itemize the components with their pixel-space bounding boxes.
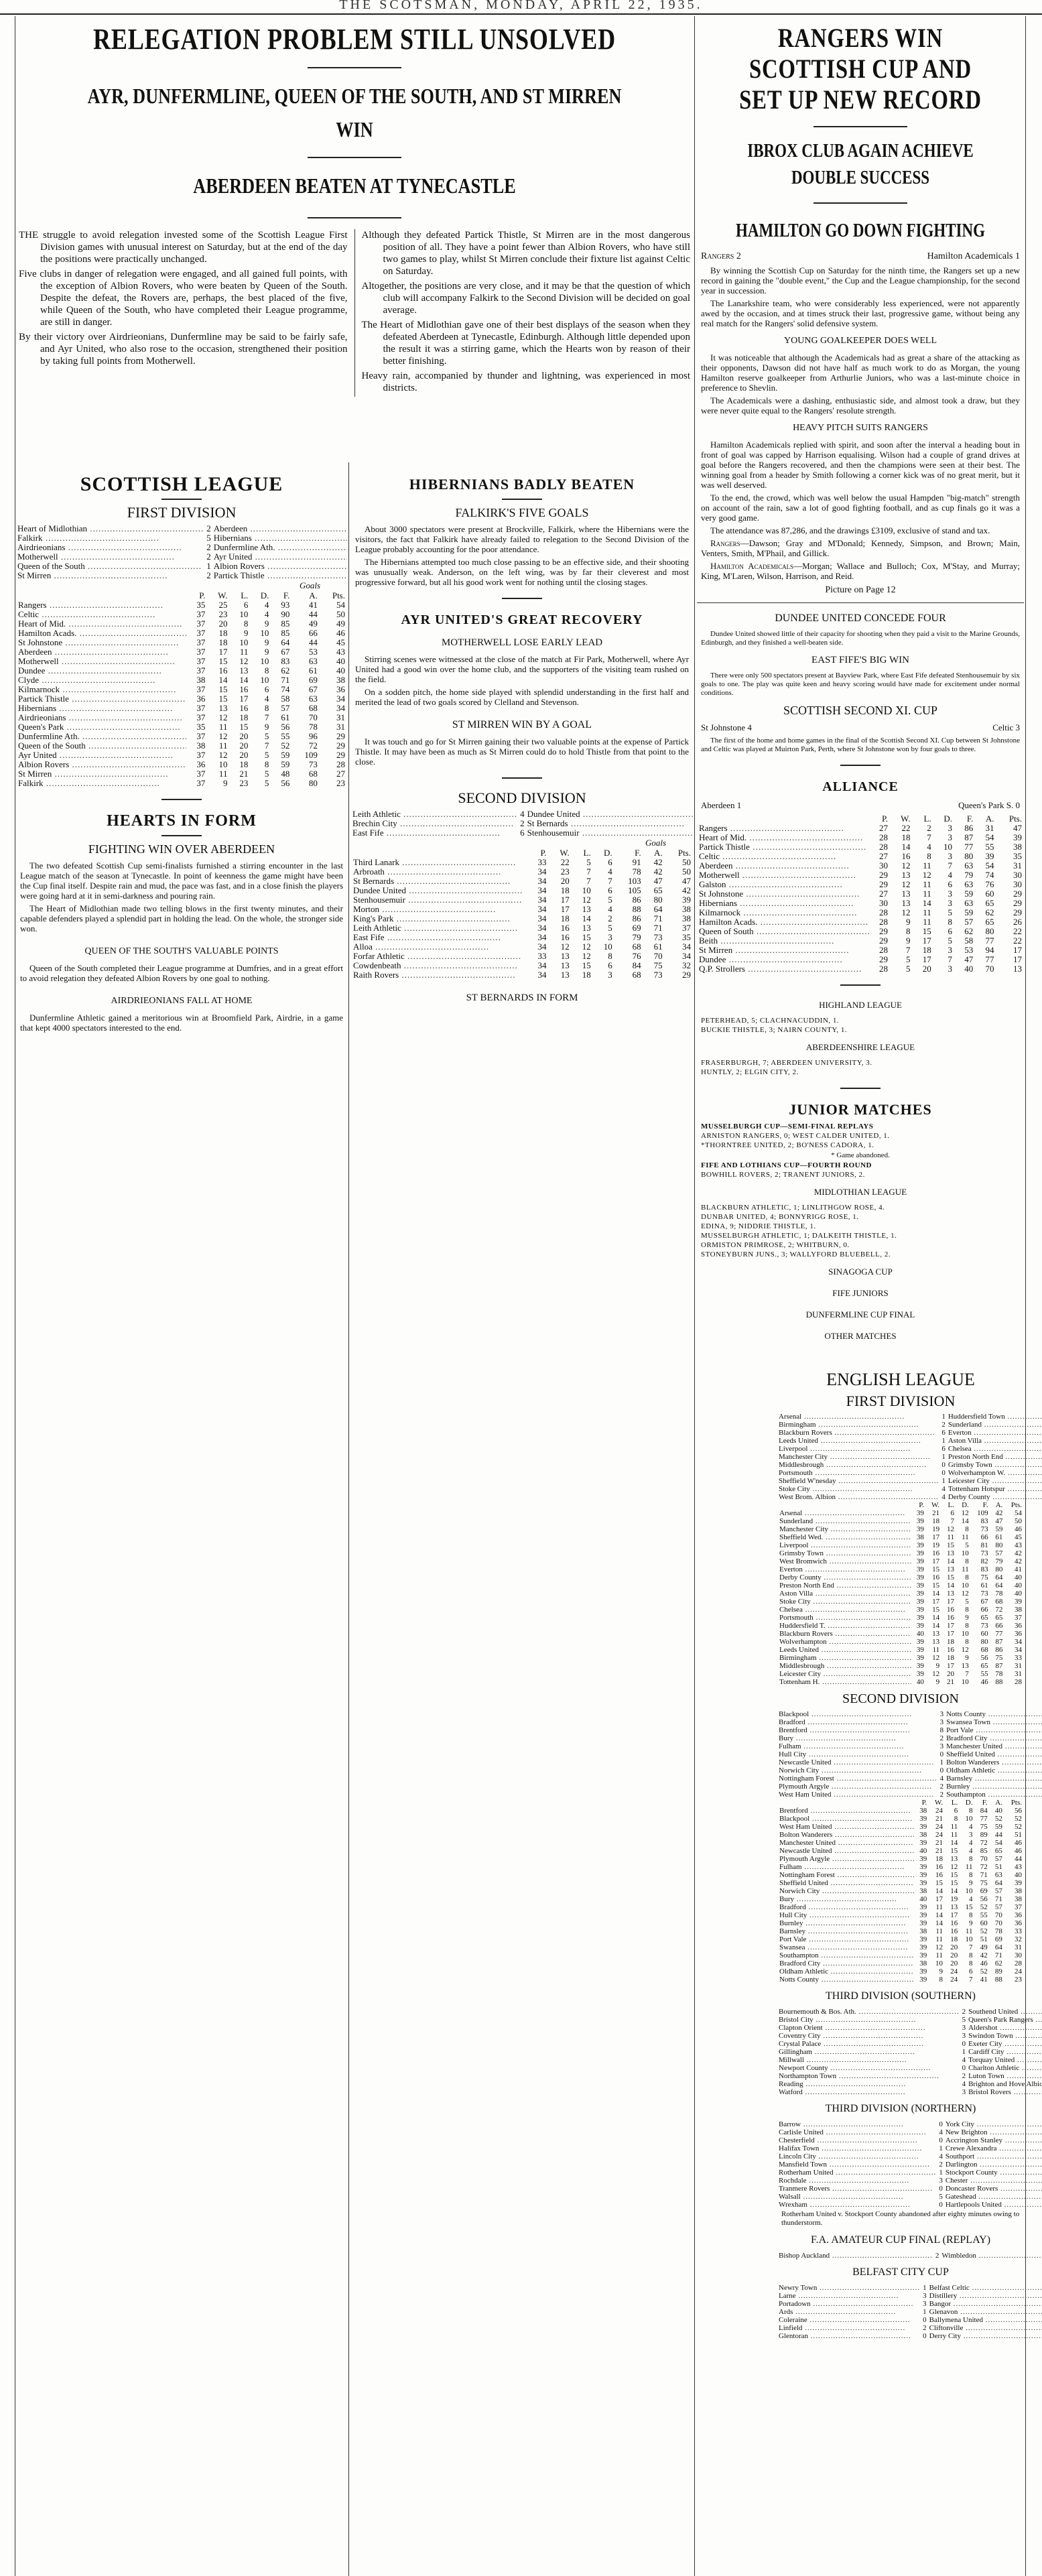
result-row: Fulham3Manchester United1 xyxy=(777,1742,1042,1750)
table-row: Manchester City3919128735946 xyxy=(777,1525,1024,1533)
divider xyxy=(161,799,202,800)
hearts-title: Hearts in Form xyxy=(16,811,347,831)
eastfife-body: There were only 500 spectators present a… xyxy=(701,671,1020,698)
table-row: Sheffield United3915159756439 xyxy=(777,1879,1024,1887)
young-goalkeeper-title: Young Goalkeeper Does Well xyxy=(701,332,1020,350)
table-row: St Bernards3420771034747 xyxy=(351,877,693,886)
divider xyxy=(502,777,542,779)
result-row: Blackpool3Notts County1 xyxy=(777,1710,1042,1718)
column-rule xyxy=(348,462,349,2576)
table-row: Stenhousemuir3417125868039 xyxy=(351,895,693,905)
table-row: Hull City3914178557036 xyxy=(777,1911,1024,1919)
second-xi-body: The first of the home and home games in … xyxy=(701,736,1020,754)
stmirren-body: It was touch and go for St Mirren gainin… xyxy=(355,736,689,767)
result-row: Brentford8Port Vale0 xyxy=(777,1726,1042,1734)
table-row: Fulham39161211725143 xyxy=(777,1863,1024,1871)
result-row: Arsenal1Huddersfield Town0 xyxy=(777,1413,1042,1421)
table-row: Brentford382468844056 xyxy=(777,1807,1024,1815)
table-row: Arsenal39216121094254 xyxy=(777,1509,1024,1517)
table-row: Chelsea3915168667238 xyxy=(777,1606,1024,1614)
table-row: Forfar Athletic3313128767034 xyxy=(351,952,693,961)
table-row: Queen of South298156628022 xyxy=(697,927,1024,936)
table-row: Oldham Athletic399246528924 xyxy=(777,1968,1024,1976)
result-row: Motherwell2Ayr United3 xyxy=(16,552,347,562)
league-title: Midlothian League xyxy=(697,1183,1024,1201)
table-row: Notts County398247418823 xyxy=(777,1976,1024,1984)
table-row: Swansea3912207496431 xyxy=(777,1943,1024,1951)
table-row: Q.P. Strollers285203407013 xyxy=(697,964,1024,974)
divider xyxy=(161,835,202,836)
paragraph: By winning the Scottish Cup on Saturday … xyxy=(701,265,1020,296)
relegation-lead: THE struggle to avoid relegation investe… xyxy=(16,229,350,397)
table-row: Clyde38141410716938 xyxy=(16,675,347,685)
table-row: Kilmarnock3715166746736 xyxy=(16,685,347,694)
masthead: THE SCOTSMAN, MONDAY, APRIL 22, 1935. xyxy=(0,0,1042,15)
dundee-body: Dundee United showed little of their cap… xyxy=(701,630,1020,647)
table-row: Raith Rovers3413183687329 xyxy=(351,970,693,980)
rangers-subhead: Ibrox Club Again Achieve Double Success xyxy=(726,138,994,192)
rangers-subhead-2: Hamilton Go Down Fighting xyxy=(726,214,994,248)
table-row: Celtic271683803935 xyxy=(697,852,1024,861)
stbernards-title: St Bernards in Form xyxy=(351,989,693,1007)
paragraph: Hamilton Academicals replied with spirit… xyxy=(701,440,1020,490)
league-title: Fife Juniors xyxy=(697,1285,1024,1302)
result-row: Manchester City1Preston North End2 xyxy=(777,1453,1042,1461)
section-title: F.A. Amateur Cup Final (Replay) xyxy=(777,2232,1024,2249)
result-row: Gillingham1Cardiff City0 xyxy=(777,2048,1042,2056)
table-row: Tottenham H.4092110468828 xyxy=(777,1678,1024,1686)
result-row: Hull City0Sheffield United3 xyxy=(777,1750,1042,1758)
divider xyxy=(161,499,202,500)
result-row: Glentoran0Derry City3 xyxy=(777,2332,1042,2340)
paragraph: About 3000 spectators were present at Br… xyxy=(355,524,689,554)
result-line: Dunbar United, 4; Bonnyrigg Rose, 1. xyxy=(701,1213,1020,1222)
stmirren-title: St Mirren Win by a Goal xyxy=(351,716,693,734)
divider xyxy=(502,499,542,500)
divider xyxy=(308,157,401,158)
scottish-league-title: Scottish League xyxy=(16,474,347,495)
table-row: Hamilton Acads.3718910856646 xyxy=(16,629,347,638)
result-row: Coleraine0Ballymena United1 xyxy=(777,2316,1042,2324)
table-row: St Johnstone3718109644445 xyxy=(16,638,347,647)
divider xyxy=(813,202,907,204)
table-row: Celtic3723104904450 xyxy=(16,610,347,619)
result-row: Reading4Brighton and Hove Albion4 xyxy=(777,2080,1042,2088)
goals-header: Goals xyxy=(351,838,693,848)
away-team: Hamilton Academicals xyxy=(927,251,1013,261)
junior-title: Junior Matches xyxy=(697,1100,1024,1120)
relegation-subhead-2: Aberdeen Beaten at Tynecastle xyxy=(77,169,632,202)
paragraph: On a sodden pitch, the home side played … xyxy=(355,687,689,707)
lead-para: By their victory over Airdrieonians, Dun… xyxy=(19,331,348,367)
result-row: Bradford3Swansea Town1 xyxy=(777,1718,1042,1726)
table-row: Falkirk379235568023 xyxy=(16,779,347,788)
paragraph: Dunfermline Athletic gained a meritoriou… xyxy=(20,1013,343,1033)
result-row: Middlesbrough0Grimsby Town2 xyxy=(777,1461,1042,1469)
away-goals: 1 xyxy=(1015,251,1020,261)
result-row: Bury2Bradford City1 xyxy=(777,1734,1042,1742)
alliance-title: Alliance xyxy=(697,777,1024,797)
result-line: *Thorntree United, 2; Bo'ness Cadora, 1. xyxy=(701,1141,1020,1150)
paragraph: The Hibernians attempted too much close … xyxy=(355,557,689,587)
rangers-lineup: Rangers—Dawson; Gray and M'Donald; Kenne… xyxy=(701,538,1020,558)
lead-para: Although they defeated Partick Thistle, … xyxy=(362,229,691,277)
result-row: Stoke City4Tottenham Hotspur1 xyxy=(777,1485,1042,1493)
rangers-headline: Rangers Win Scottish Cup and Set Up New … xyxy=(726,23,994,115)
result-row: Leeds United1Aston Villa1 xyxy=(777,1437,1042,1445)
table-row: Manchester United3921144725446 xyxy=(777,1839,1024,1847)
paragraph: It was touch and go for St Mirren gainin… xyxy=(355,736,689,767)
divider xyxy=(697,602,1024,603)
result-line: Edina, 9; Niddrie Thistle, 1. xyxy=(701,1222,1020,1231)
result-row: Heart of Midlothian2Aberdeen1 xyxy=(16,524,347,533)
qos-title: Queen of the South's Valuable Points xyxy=(16,943,347,960)
table-row: Southampton3911208427130 xyxy=(777,1951,1024,1959)
goals-header: Goals xyxy=(16,580,347,591)
result-line: Huntly, 2; Elgin City, 2. xyxy=(701,1068,1020,1077)
divider xyxy=(502,598,542,599)
result-row: Ards1Glenavon0 xyxy=(777,2308,1042,2316)
table-row: Nottingham Forest3916158716340 xyxy=(777,1871,1024,1879)
result-row: Falkirk5Hibernians2 xyxy=(16,533,347,543)
table-row: Aberdeen3012117635431 xyxy=(697,861,1024,871)
dundee-title: Dundee United Concede Four xyxy=(697,610,1024,627)
hibs-body: About 3000 spectators were present at Br… xyxy=(355,524,689,587)
table-row: Everton39151311838041 xyxy=(777,1565,1024,1573)
lead-para: Five clubs in danger of relegation were … xyxy=(19,268,348,328)
result-row: East Fife6Stenhousemuir1 xyxy=(351,828,693,838)
heavy-pitch-title: Heavy Pitch Suits Rangers xyxy=(701,420,1020,437)
table-row: Bradford City3810208466228 xyxy=(777,1959,1024,1968)
table-row: Grimsby Town39161310735742 xyxy=(777,1549,1024,1557)
result-row: Blackburn Rovers6Everton2 xyxy=(777,1429,1042,1437)
relegation-story: Relegation Problem Still Unsolved Ayr, D… xyxy=(16,16,693,458)
result-row: Halifax Town1Crewe Alexandra0 xyxy=(777,2144,1042,2152)
table-row: Wolverhampton3913188808734 xyxy=(777,1638,1024,1646)
table-row: Dundee295177477717 xyxy=(697,955,1024,964)
note: Rotherham United v. Stockport County aba… xyxy=(781,2210,1020,2228)
divider xyxy=(813,126,907,127)
table-row: Middlesbrough3991713658731 xyxy=(777,1662,1024,1670)
table-row: Blackburn Rovers40131710607736 xyxy=(777,1630,1024,1638)
picture-reference: Picture on Page 12 xyxy=(697,585,1024,596)
paragraph: The Lanarkshire team, who were considera… xyxy=(701,298,1020,328)
table-row: Leicester City3912207557831 xyxy=(777,1670,1024,1678)
scottish-results: Heart of Midlothian2Aberdeen1Falkirk5Hib… xyxy=(16,524,347,580)
table-row: Alloa34121210686134 xyxy=(351,942,693,952)
scottish-second-table: P.W.L.D.F.A.Pts.Third Lanark332256914250… xyxy=(351,848,693,980)
table-row: Rangers352564934154 xyxy=(16,600,347,610)
table-row: King's Park3418142867138 xyxy=(351,914,693,923)
airdrie-body: Dunfermline Athletic gained a meritoriou… xyxy=(20,1013,343,1033)
lead-para: Heavy rain, accompanied by thunder and l… xyxy=(362,370,691,394)
result-line: Buckie Thistle, 3; Nairn County, 1. xyxy=(701,1026,1020,1035)
result-row: Norwich City0Oldham Athletic0 xyxy=(777,1766,1042,1775)
paragraph: Stirring scenes were witnessed at the cl… xyxy=(355,654,689,684)
paragraph: Dundee United showed little of their cap… xyxy=(701,630,1020,647)
divider xyxy=(840,1088,881,1089)
home-team: Rangers xyxy=(701,251,734,261)
table-row: St Johnstone2713113596029 xyxy=(697,889,1024,899)
table-row: Beith299175587722 xyxy=(697,936,1024,946)
table-row: Third Lanark332256914250 xyxy=(351,858,693,867)
result-row: Airdrieonians2Dunfermline Ath.3 xyxy=(16,543,347,552)
relegation-lead-right: Although they defeated Partick Thistle, … xyxy=(354,229,694,397)
paragraph: The Academicals were a dashing, enthusia… xyxy=(701,395,1020,415)
column-rule xyxy=(15,16,15,2576)
table-row: Norwich City38141410695738 xyxy=(777,1887,1024,1895)
table-row: Blackpool3921810775252 xyxy=(777,1815,1024,1823)
league-title: Sinagoga Cup xyxy=(697,1263,1024,1281)
table-row: Hamilton Acads.289118576526 xyxy=(697,917,1024,927)
ayr-subtitle: Motherwell Lose Early Lead xyxy=(351,634,693,651)
relegation-headline: Relegation Problem Still Unsolved xyxy=(77,23,632,56)
result-row: St Mirren2Partick Thistle1 xyxy=(16,571,347,580)
table-row: Sunderland3918714834750 xyxy=(777,1517,1024,1525)
section-title: Belfast City Cup xyxy=(777,2264,1024,2281)
scottish-second-results: Leith Athletic4Dundee United0Brechin Cit… xyxy=(351,810,693,838)
home-goals: 2 xyxy=(736,251,741,261)
ayr-body: Stirring scenes were witnessed at the cl… xyxy=(355,654,689,707)
column-2: Hibernians Badly Beaten Falkirk's Five G… xyxy=(351,469,693,2576)
result-row: Larne3Distillery0 xyxy=(777,2292,1042,2300)
result-row: Tranmere Rovers0Doncaster Rovers2 xyxy=(777,2185,1042,2193)
paragraph: To the end, the crowd, which was well be… xyxy=(701,493,1020,523)
table-row: Cowdenbeath3413156847532 xyxy=(351,961,693,970)
final-score: Rangers 2 Hamilton Academicals 1 xyxy=(701,251,1020,263)
result-row: Nottingham Forest4Barnsley1 xyxy=(777,1775,1042,1783)
paragraph: Queen of the South completed their Leagu… xyxy=(20,963,343,983)
league-title: Dunfermline Cup Final xyxy=(697,1306,1024,1324)
table-row: Motherwell2913124797430 xyxy=(697,871,1024,880)
result-row: Carlisle United4New Brighton1 xyxy=(777,2128,1042,2136)
table-row: Rangers272223863147 xyxy=(697,824,1024,833)
table-row: Stoke City3917175676839 xyxy=(777,1598,1024,1606)
table-row: Queen's Park3511159567831 xyxy=(16,722,347,732)
result-row: Newcastle United1Bolton Wanderers3 xyxy=(777,1758,1042,1766)
divider xyxy=(840,765,881,766)
result-row: Northampton Town2Luton Town1 xyxy=(777,2072,1042,2080)
table-row: Liverpool3919155818043 xyxy=(777,1541,1024,1549)
table-row: Preston North End39151410616440 xyxy=(777,1582,1024,1590)
table-row: Partick Thistle3615174586334 xyxy=(16,694,347,704)
result-row: Rotherham United1Stockport County0 xyxy=(777,2169,1042,2177)
result-row: Watford3Bristol Rovers0 xyxy=(777,2088,1042,2096)
table-row: Arbroath342374784250 xyxy=(351,867,693,877)
result-row: Rochdale3Chester3 xyxy=(777,2177,1042,2185)
table-row: Barnsley38111611527833 xyxy=(777,1927,1024,1935)
highland-title: Highland League xyxy=(697,996,1024,1014)
result-row: Portsmouth0Wolverhampton W.1 xyxy=(777,1469,1042,1477)
table-row: Birmingham3912189567533 xyxy=(777,1654,1024,1662)
result-row: Birmingham2Sunderland2 xyxy=(777,1421,1042,1429)
paragraph: The two defeated Scottish Cup semi-final… xyxy=(20,860,343,901)
table-row: Leith Athletic3416135697137 xyxy=(351,923,693,933)
table-row: Huddersfield T.3914178736636 xyxy=(777,1622,1024,1630)
result-row: Coventry City3Swindon Town0 xyxy=(777,2032,1042,2040)
aberdeenshire-title: Aberdeenshire League xyxy=(697,1039,1024,1056)
table-row: Kilmarnock2812115596229 xyxy=(697,908,1024,917)
result-row: Wrexham0Hartlepools United2 xyxy=(777,2201,1042,2209)
result-row: Liverpool6Chelsea0 xyxy=(777,1445,1042,1453)
table-row: Newcastle United4021154856546 xyxy=(777,1847,1024,1855)
table-row: Hibernians3013143636529 xyxy=(697,899,1024,908)
divider xyxy=(308,67,401,68)
result-line: Ormiston Primrose, 2; Whitburn, 0. xyxy=(701,1241,1020,1250)
table-row: Airdrieonians3712187617031 xyxy=(16,713,347,722)
table-row: Aberdeen3717119675343 xyxy=(16,647,347,657)
result-row: Clapton Orient3Aldershot1 xyxy=(777,2024,1042,2032)
table-row: Hibernians3713168576834 xyxy=(16,704,347,713)
result-row: Bristol City5Queen's Park Rangers1 xyxy=(777,2016,1042,2024)
result-row: Walsall5Gateshead0 xyxy=(777,2193,1042,2201)
result-row: Mansfield Town2Darlington2 xyxy=(777,2161,1042,2169)
result-line: Blackburn Athletic, 1; Linlithgow Rose, … xyxy=(701,1204,1020,1212)
table-row: Galston2912116637630 xyxy=(697,880,1024,889)
hibs-title: Hibernians Badly Beaten xyxy=(351,474,693,495)
table-row: Portsmouth3914169656537 xyxy=(777,1614,1024,1622)
divider xyxy=(308,217,401,218)
hibs-subtitle: Falkirk's Five Goals xyxy=(351,504,693,521)
column-rule xyxy=(694,16,695,2576)
table-row: Heart of Mid.281873875439 xyxy=(697,833,1024,842)
result-row: Barrow0York City3 xyxy=(777,2120,1042,2128)
result-row: Queen of the South1Albion Rovers0 xyxy=(16,562,347,571)
section-title: English League xyxy=(777,1371,1024,1389)
table-row: St Mirren287183539417 xyxy=(697,946,1024,955)
table-row: Leeds United39111612688634 xyxy=(777,1646,1024,1654)
scottish-league-table: P.W.L.D.F.A.Pts.Rangers352564934154Celti… xyxy=(16,591,347,788)
lead-para: Altogether, the positions are very close… xyxy=(362,280,691,316)
midlothian-results: Blackburn Athletic, 1; Linlithgow Rose, … xyxy=(697,1204,1024,1259)
eastfife-title: East Fife's Big Win xyxy=(697,651,1024,669)
lead-para: THE struggle to avoid relegation investe… xyxy=(19,229,348,265)
result-line: Peterhead, 5; Clachnacuddin, 1. xyxy=(701,1017,1020,1025)
table-row: Port Vale39111810516932 xyxy=(777,1935,1024,1943)
alliance-result: Aberdeen 1 Queen's Park S. 0 xyxy=(701,799,1020,812)
result-row: Portadown3Bangor1 xyxy=(777,2300,1042,2308)
table-row: West Bromwich3917148827942 xyxy=(777,1557,1024,1565)
result-row: Chesterfield0Accrington Stanley0 xyxy=(777,2136,1042,2144)
section-title: Second Division xyxy=(777,1690,1024,1708)
paragraph: The attendance was 87,286, and the drawi… xyxy=(701,525,1020,535)
result-row: Millwall4Torquay United2 xyxy=(777,2056,1042,2064)
table-row: Plymouth Argyle3918138705744 xyxy=(777,1855,1024,1863)
table-row: Bolton Wanderers3824113894451 xyxy=(777,1831,1024,1839)
section-title: Third Division (Northern) xyxy=(777,2100,1024,2118)
result-row: Bournemouth & Bos. Ath.2Southend United1 xyxy=(777,2008,1042,2016)
paragraph: There were only 500 spectators present a… xyxy=(701,671,1020,698)
result-line: Musselburgh Athletic, 1; Dalkeith Thistl… xyxy=(701,1232,1020,1240)
result-row: Leith Athletic4Dundee United0 xyxy=(351,810,693,819)
result-row: Linfield2Cliftonville2 xyxy=(777,2324,1042,2332)
result-row: West Ham United2Southampton1 xyxy=(777,1791,1042,1799)
cup-title: Musselburgh Cup—Semi-Final Replays xyxy=(701,1122,1020,1131)
table-row: Albion Rovers3610188597328 xyxy=(16,760,347,769)
section-title: Third Division (Southern) xyxy=(777,1988,1024,2005)
paragraph: The Heart of Midlothian made two telling… xyxy=(20,903,343,933)
table-row: Derby County3916158756440 xyxy=(777,1573,1024,1582)
league-title: Other Matches xyxy=(697,1328,1024,1345)
section-title: First Division xyxy=(777,1393,1024,1410)
ayr-title: Ayr United's Great Recovery xyxy=(351,610,693,630)
paragraph: The first of the home and home games in … xyxy=(701,736,1020,754)
english-league-section: English LeagueFirst DivisionArsenal1Hudd… xyxy=(777,1367,1024,2340)
table-row: West Ham United3924114755952 xyxy=(777,1823,1024,1831)
result-row: Brechin City2St Bernards3 xyxy=(351,819,693,828)
table-row: Motherwell37151210836340 xyxy=(16,657,347,666)
result-row: Newport County0Charlton Athletic2 xyxy=(777,2064,1042,2072)
result-row: Lincoln City4Southport1 xyxy=(777,2152,1042,2161)
table-row: Heart of Mid.372089854949 xyxy=(16,619,347,629)
table-row: East Fife3416153797335 xyxy=(351,933,693,942)
table-row: Ayr United37122055910929 xyxy=(16,751,347,760)
second-xi-title: Scottish Second XI. Cup xyxy=(697,702,1024,719)
table-row: Bradford39111315525737 xyxy=(777,1903,1024,1911)
table-row: Dundee3716138626140 xyxy=(16,666,347,675)
paragraph: It was noticeable that although the Acad… xyxy=(701,352,1020,393)
cup-title: Fife and Lothians Cup—Fourth Round xyxy=(701,1161,1020,1170)
result-row: Newry Town1Belfast Celtic2 xyxy=(777,2284,1042,2292)
table-row: Aston Villa39141312737840 xyxy=(777,1590,1024,1598)
table-row: Queen of the South3811207527229 xyxy=(16,741,347,751)
result-row: Plymouth Argyle2Burnley2 xyxy=(777,1783,1042,1791)
result-row: Bishop Auckland2Wimbledon1 xyxy=(777,2252,1042,2260)
qos-body: Queen of the South completed their Leagu… xyxy=(20,963,343,983)
first-division-title: First Division xyxy=(16,504,347,521)
note: * Game abandoned. xyxy=(701,1151,1020,1160)
result-line: Fraserburgh, 7; Aberdeen University, 3. xyxy=(701,1059,1020,1068)
alliance-table: P.W.L.D.F.A.Pts.Rangers272223863147Heart… xyxy=(697,814,1024,974)
table-row: Bury4017194567138 xyxy=(777,1895,1024,1903)
second-xi-score: St Johnstone 4 Celtic 3 xyxy=(701,722,1020,734)
column-1: Scottish League First Division Heart of … xyxy=(16,469,347,2576)
result-line: Arniston Rangers, 0; West Calder United,… xyxy=(701,1132,1020,1141)
table-row: St Mirren3711215486827 xyxy=(16,769,347,779)
hearts-body: The two defeated Scottish Cup semi-final… xyxy=(20,860,343,933)
relegation-subhead: Ayr, Dunfermline, Queen of the South, an… xyxy=(77,79,632,146)
result-line: Stoneyburn Juns., 3; Wallyford Bluebell,… xyxy=(701,1250,1020,1259)
rangers-body: By winning the Scottish Cup on Saturday … xyxy=(701,265,1020,581)
result-row: Crystal Palace0Exeter City1 xyxy=(777,2040,1042,2048)
table-row: Dundee United34181061056542 xyxy=(351,886,693,895)
table-row: Sheffield Wed.38171111666145 xyxy=(777,1533,1024,1541)
table-row: Burnley3914169607036 xyxy=(777,1919,1024,1927)
divider xyxy=(840,984,881,986)
table-row: Morton3417134886438 xyxy=(351,905,693,914)
scottish-second-div-title: Second Division xyxy=(351,789,693,807)
result-row: Sheffield W'nesday1Leicester City1 xyxy=(777,1477,1042,1485)
table-row: Partick Thistle2814410775538 xyxy=(697,842,1024,852)
hearts-subtitle: Fighting Win Over Aberdeen xyxy=(16,840,347,858)
result-line: Bowhill Rovers, 2; Tranent Juniors, 2. xyxy=(701,1171,1020,1179)
result-row: West Brom. Albion4Derby County3 xyxy=(777,1493,1042,1501)
table-row: Dunfermline Ath.3712205559629 xyxy=(16,732,347,741)
hamilton-lineup: Hamilton Academicals—Morgan; Wallace and… xyxy=(701,561,1020,581)
lead-para: The Heart of Midlothian gave one of thei… xyxy=(362,319,691,367)
airdrie-title: Airdrieonians Fall at Home xyxy=(16,992,347,1010)
